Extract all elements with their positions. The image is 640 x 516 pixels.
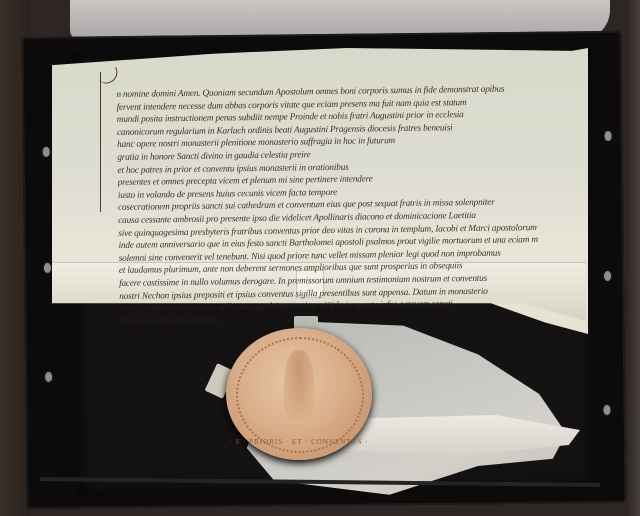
box-rivet-icon [603, 405, 610, 415]
box-rivet-icon [44, 263, 51, 273]
box-rivet-icon [43, 147, 50, 157]
charter-text: n nomine domini Amen. Quoniam secundum A… [116, 83, 539, 328]
seal-figure-icon [284, 350, 314, 420]
decorated-initial-stem [100, 72, 115, 212]
wooden-table-right [626, 0, 640, 516]
seal-legend: · S · PRIORIS · ET · CONVENTVS · [226, 438, 372, 446]
box-rivet-icon [45, 372, 52, 382]
wax-seal: · S · PRIORIS · ET · CONVENTVS · [226, 328, 372, 460]
box-rivet-icon [604, 271, 611, 281]
box-rivet-icon [605, 131, 612, 141]
